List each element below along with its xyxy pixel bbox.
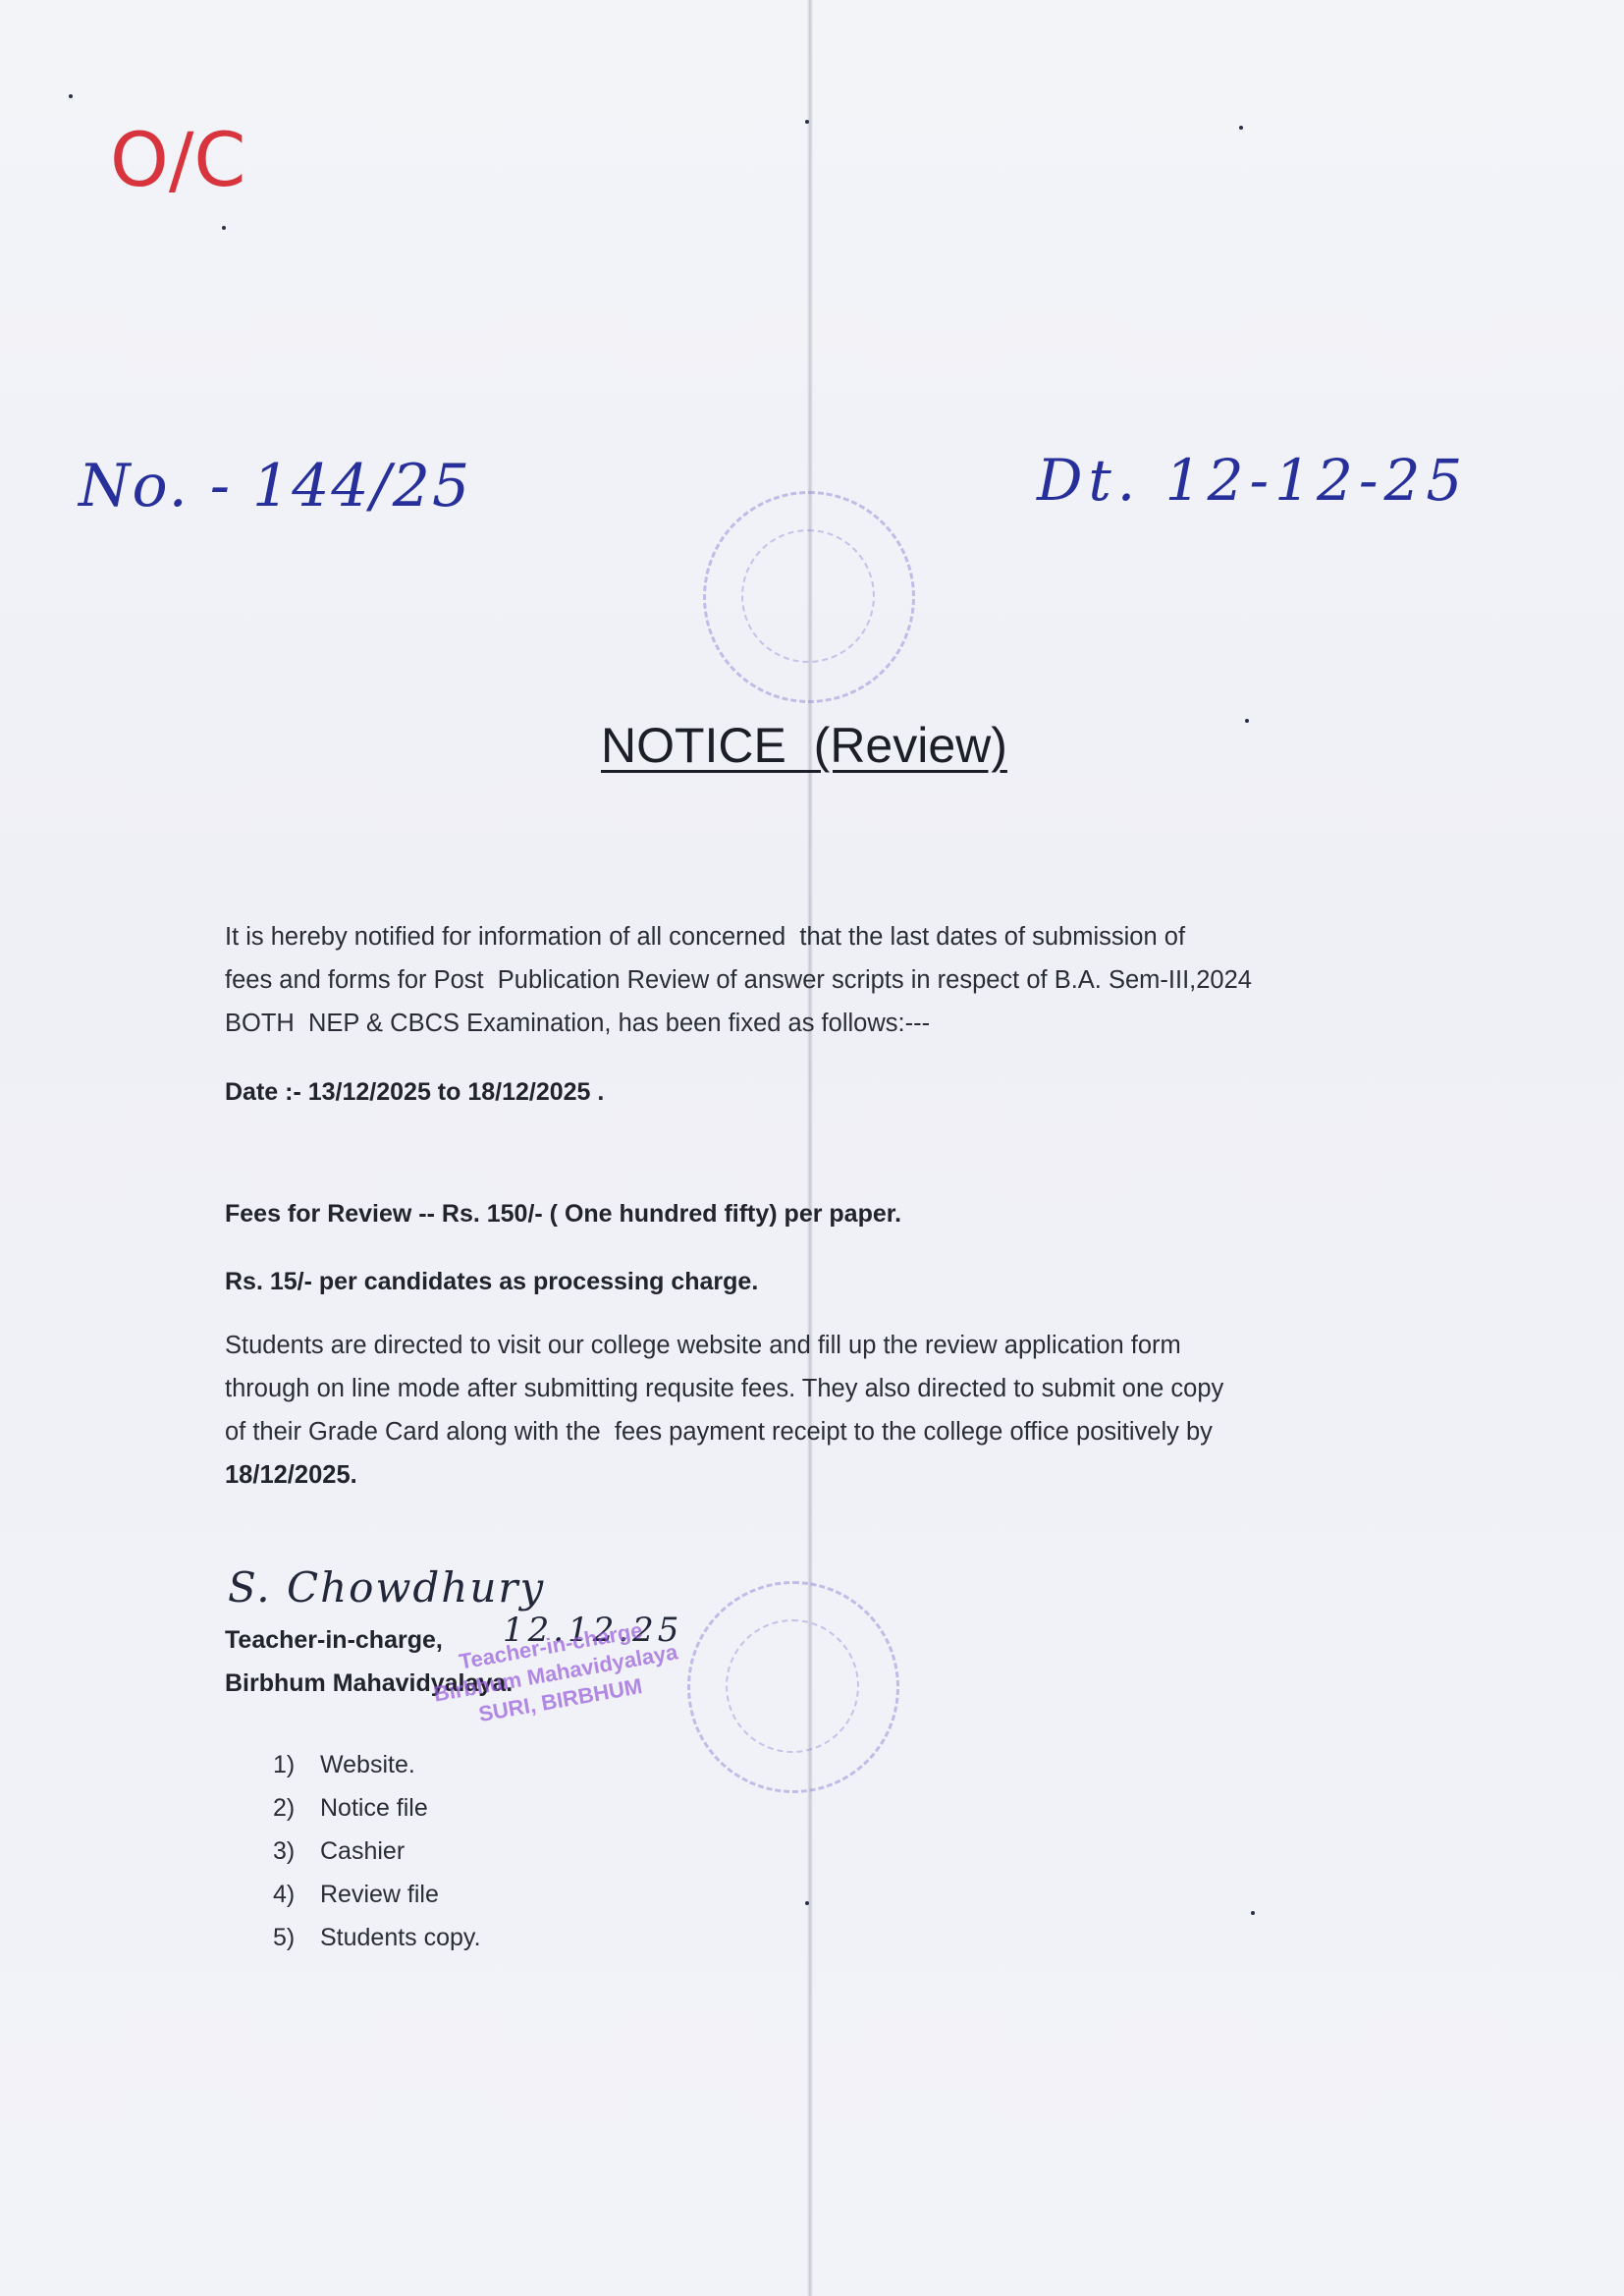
scan-speck <box>1245 719 1249 723</box>
list-item: 1)Website. <box>273 1743 481 1786</box>
scan-speck <box>69 94 73 98</box>
list-number: 4) <box>273 1873 320 1916</box>
list-item: 2)Notice file <box>273 1786 481 1830</box>
instruction-line: through on line mode after submitting re… <box>225 1367 1393 1410</box>
list-label: Review file <box>320 1881 439 1908</box>
list-number: 2) <box>273 1786 320 1830</box>
list-item: 3)Cashier <box>273 1830 481 1873</box>
copy-to-list: 1)Website. 2)Notice file 3)Cashier 4)Rev… <box>273 1743 481 1959</box>
list-label: Notice file <box>320 1794 428 1822</box>
fees-line: Fees for Review -- Rs. 150/- ( One hundr… <box>225 1192 1393 1235</box>
scanned-page: O/C No. - 144/25 Dt. 12-12-25 BIRBHUM MA… <box>0 0 1624 2296</box>
instruction-line: Students are directed to visit our colle… <box>225 1324 1393 1367</box>
list-number: 1) <box>273 1743 320 1786</box>
list-label: Students copy. <box>320 1924 481 1951</box>
round-seal-stamp <box>687 1581 899 1793</box>
intro-line: BOTH NEP & CBCS Examination, has been fi… <box>225 1002 1393 1045</box>
scan-speck <box>805 1901 809 1905</box>
reference-number: No. - 144/25 <box>79 452 471 520</box>
notice-title: NOTICE (Review) <box>601 717 1007 774</box>
instruction-line: of their Grade Card along with the fees … <box>225 1410 1393 1453</box>
scan-speck <box>1239 126 1243 130</box>
list-item: 4)Review file <box>273 1873 481 1916</box>
list-label: Website. <box>320 1751 415 1778</box>
processing-charge-line: Rs. 15/- per candidates as processing ch… <box>225 1260 1393 1303</box>
scan-speck <box>1251 1911 1255 1915</box>
date-range: Date :- 13/12/2025 to 18/12/2025 . <box>225 1070 1393 1114</box>
reference-date: Dt. 12-12-25 <box>1037 447 1468 514</box>
scan-speck <box>805 120 809 124</box>
instructions-paragraph: Students are directed to visit our colle… <box>225 1324 1393 1497</box>
list-item: 5)Students copy. <box>273 1916 481 1959</box>
office-copy-note: O/C <box>110 116 246 203</box>
intro-paragraph: It is hereby notified for information of… <box>225 915 1393 1045</box>
signature: S. Chowdhury <box>228 1563 545 1612</box>
list-number: 3) <box>273 1830 320 1873</box>
scan-speck <box>222 226 226 230</box>
list-number: 5) <box>273 1916 320 1959</box>
deadline: 18/12/2025. <box>225 1453 1393 1497</box>
intro-line: fees and forms for Post Publication Revi… <box>225 958 1393 1002</box>
page-fold-line <box>807 0 813 2296</box>
list-label: Cashier <box>320 1837 405 1865</box>
intro-line: It is hereby notified for information of… <box>225 915 1393 958</box>
round-seal-stamp: BIRBHUM MAHAVIDYALAYA ★ Estd-1979 (SURI) <box>703 491 915 703</box>
